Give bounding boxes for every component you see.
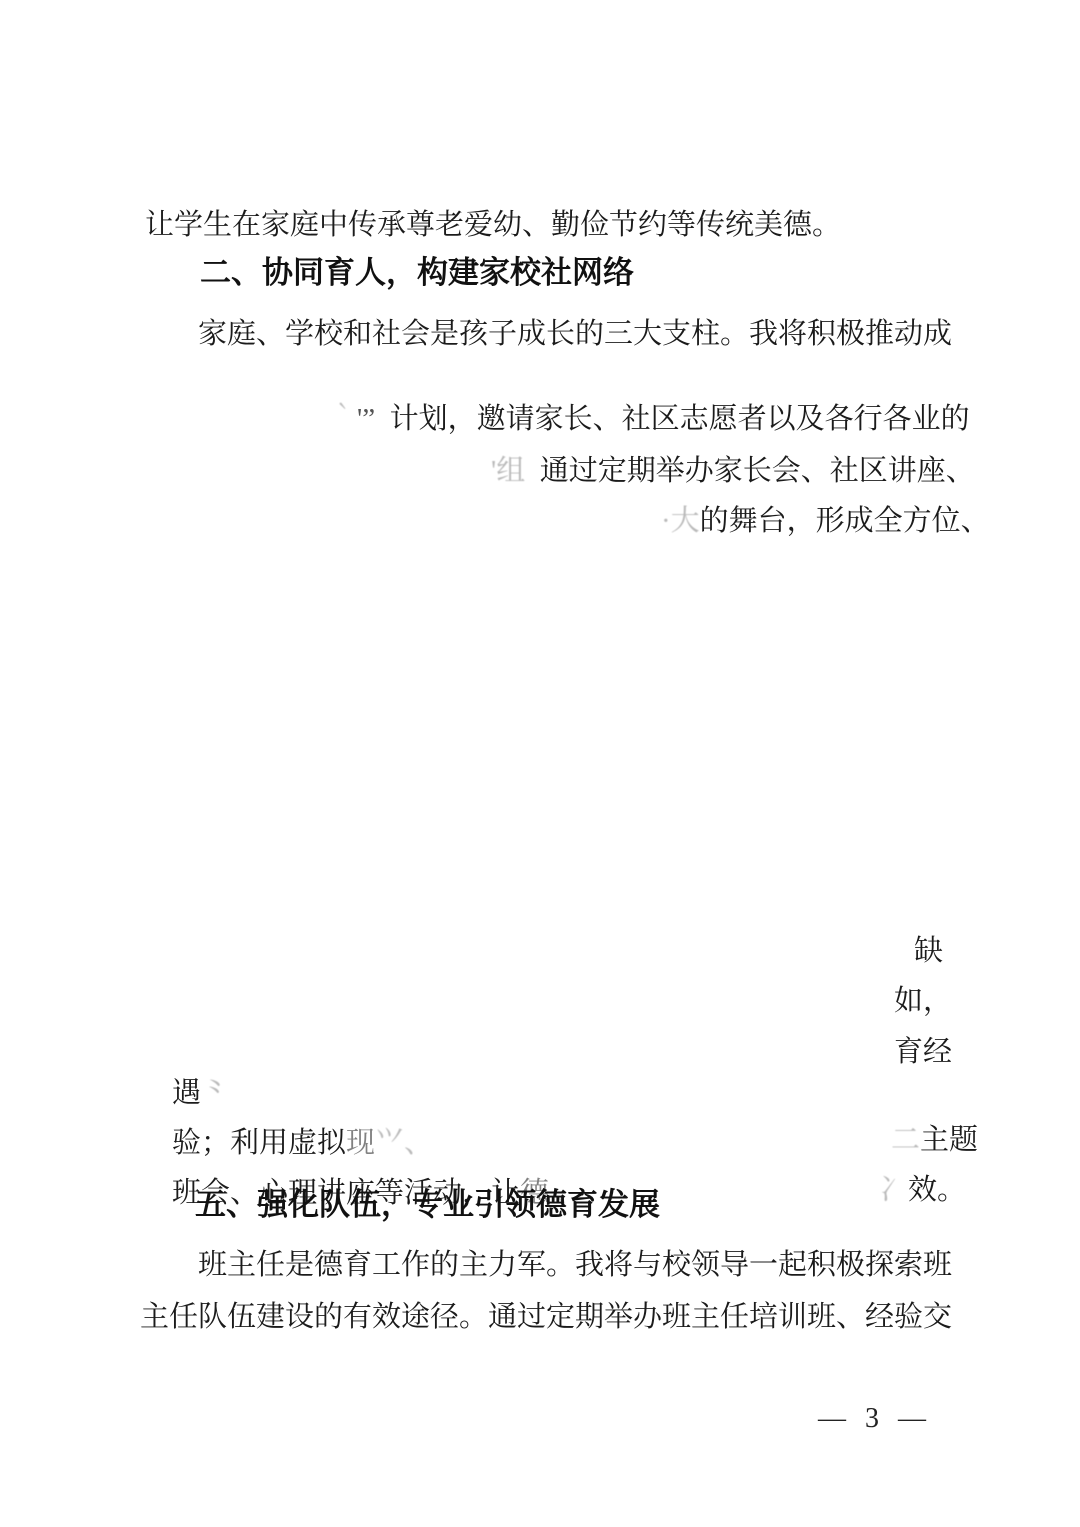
body-line-s2-4: ·大的舞台，形成全方位、 <box>632 464 990 578</box>
text-fragment-yujing: 育经 <box>894 1033 952 1071</box>
body-text: 的舞台，形成全方位、 <box>700 505 990 537</box>
body-text: 效。 <box>908 1174 966 1206</box>
section-heading-five: 五、强化队伍，专业引领德育发展 <box>195 1186 660 1224</box>
body-line-s2-1: 家庭、学校和社会是孩子成长的三大支柱。我将积极推动成 <box>198 315 952 353</box>
body-line-para1: 让学生在家庭中传承尊老爱幼、勤俭节约等传统美德。 <box>145 206 841 244</box>
erased-stroke: '组 <box>491 455 540 487</box>
page-number: — 3 — <box>818 1400 932 1438</box>
text-fragment-xiao: 冫效。 <box>850 1133 966 1247</box>
text-fragment-ru: 如， <box>894 982 952 1020</box>
erased-stroke: 冫 <box>879 1174 908 1206</box>
quote-mark: '” <box>357 403 390 435</box>
erased-stroke: ｀ <box>328 403 357 435</box>
body-line-s5-1: 班主任是德育工作的主力军。我将与校领导一起积极探索班 <box>198 1246 952 1284</box>
document-page: 让学生在家庭中传承尊老爱幼、勤俭节约等传统美德。 二、协同育人，构建家校社网络 … <box>0 0 1080 1527</box>
body-line-s5-2: 主任队伍建设的有效途径。通过定期举办班主任培训班、经验交 <box>140 1298 952 1336</box>
text-fragment-que: 缺 <box>914 932 943 970</box>
erased-stroke: ·大 <box>661 505 700 537</box>
section-heading-two: 二、协同育人，构建家校社网络 <box>200 254 634 292</box>
